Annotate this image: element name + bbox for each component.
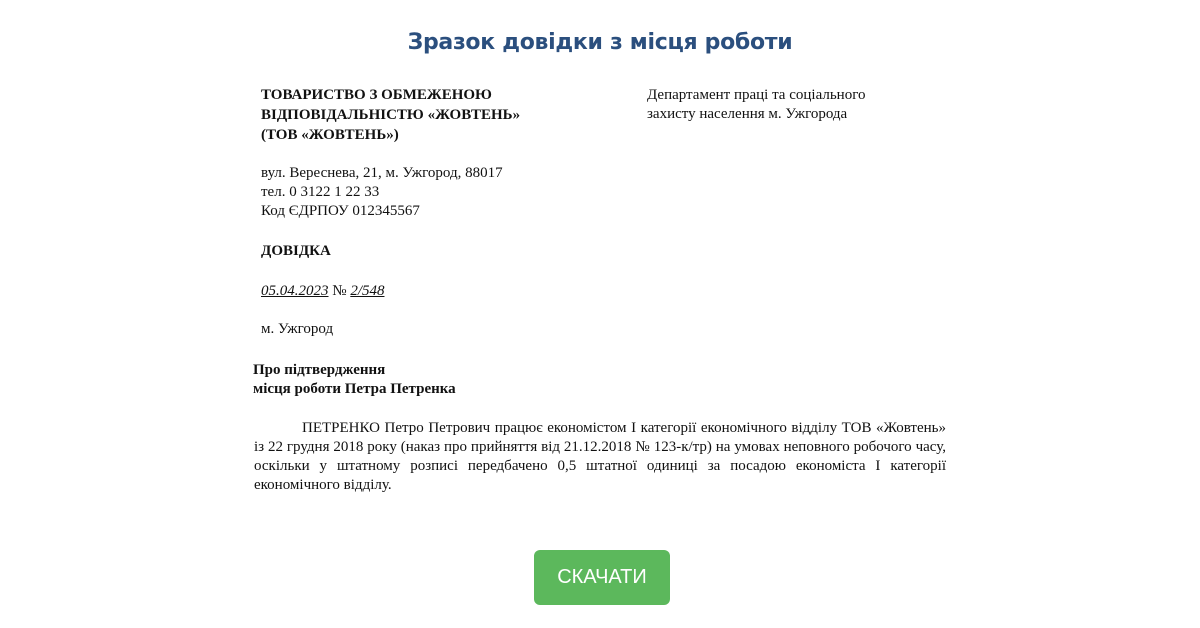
organization-name: ТОВАРИСТВО З ОБМЕЖЕНОЮ ВІДПОВІДАЛЬНІСТЮ … [261, 85, 520, 145]
subject-line: Про підтвердження [253, 361, 456, 380]
recipient-line: Департамент праці та соціального [647, 86, 866, 105]
download-button[interactable]: СКАЧАТИ [534, 550, 670, 605]
recipient: Департамент праці та соціального захисту… [647, 86, 866, 124]
document-date: 05.04.2023 [261, 283, 329, 299]
document-type: ДОВІДКА [261, 243, 331, 260]
document-subject: Про підтвердження місця роботи Петра Пет… [253, 361, 456, 399]
recipient-line: захисту населення м. Ужгорода [647, 105, 866, 124]
address-phone: тел. 0 3122 1 22 33 [261, 183, 503, 202]
organization-line: (ТОВ «ЖОВТЕНЬ») [261, 125, 520, 145]
organization-address: вул. Вереснева, 21, м. Ужгород, 88017 те… [261, 164, 503, 221]
organization-line: ТОВАРИСТВО З ОБМЕЖЕНОЮ [261, 85, 520, 105]
document-city: м. Ужгород [261, 321, 333, 338]
address-street: вул. Вереснева, 21, м. Ужгород, 88017 [261, 164, 503, 183]
address-code: Код ЄДРПОУ 012345567 [261, 202, 503, 221]
page-title: Зразок довідки з місця роботи [0, 30, 1200, 55]
subject-line: місця роботи Петра Петренка [253, 380, 456, 399]
document-body: ПЕТРЕНКО Петро Петрович працює економіст… [254, 419, 946, 495]
document-date-number: 05.04.2023 № 2/548 [261, 283, 384, 300]
document-number: 2/548 [350, 283, 384, 299]
organization-line: ВІДПОВІДАЛЬНІСТЮ «ЖОВТЕНЬ» [261, 105, 520, 125]
number-sign: № [332, 283, 346, 299]
